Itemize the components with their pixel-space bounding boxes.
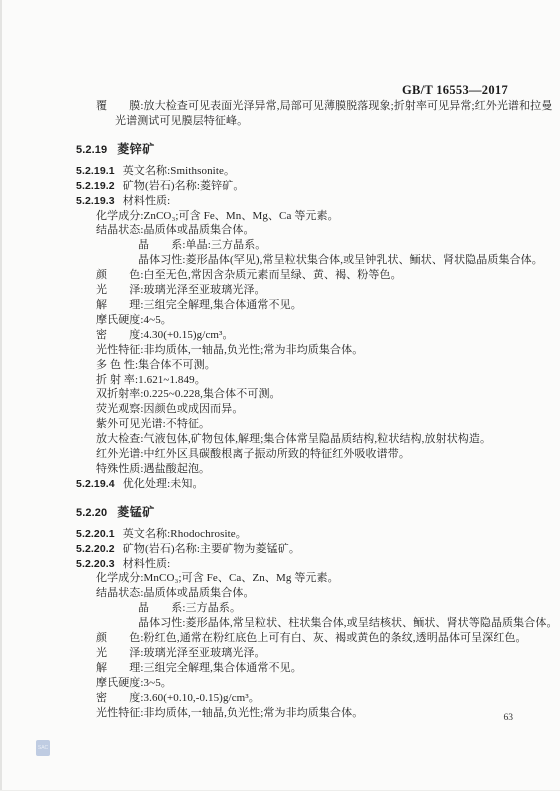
- clause-number: 5.2.19.4: [76, 478, 115, 490]
- clause-number: 5.2.20.2: [76, 543, 115, 555]
- section-number: 5.2.19: [76, 144, 107, 156]
- property-line-pleochroism: 多 色 性:集合体不可测。: [96, 358, 514, 373]
- property-line-hardness: 摩氏硬度:3~5。: [96, 676, 514, 691]
- clause-line: 5.2.20.1英文名称:Rhodochrosite。: [76, 527, 514, 542]
- clause-text: 材料性质:: [123, 195, 171, 207]
- section-title: 菱锰矿: [117, 505, 155, 519]
- page-number: 63: [504, 713, 514, 723]
- section-number: 5.2.20: [76, 507, 107, 519]
- clause-number: 5.2.20.1: [76, 528, 115, 540]
- clause-text: 英文名称:Rhodochrosite。: [123, 528, 247, 540]
- section-title: 菱锌矿: [117, 142, 155, 156]
- clause-number: 5.2.19.3: [76, 195, 115, 207]
- text-line-coating-cont: 光谱测试可见膜层特征峰。: [115, 114, 514, 129]
- section-heading-5-2-20: 5.2.20菱锰矿: [76, 504, 514, 521]
- property-line-cleavage: 解 理:三组完全解理,集合体通常不见。: [96, 661, 514, 676]
- property-line-magnification: 放大检查:气液包体,矿物包体,解理;集合体常呈隐晶质结构,粒状结构,放射状构造。: [96, 432, 514, 447]
- property-line-infrared: 红外光谱:中红外区具碳酸根离子振动所致的特征红外吸收谱带。: [96, 447, 514, 462]
- clause-number: 5.2.20.3: [76, 558, 115, 570]
- property-line-uv-vis: 紫外可见光谱:不特征。: [96, 417, 514, 432]
- property-line-chem: 化学成分:ZnCO₃;可含 Fe、Mn、Mg、Ca 等元素。: [96, 209, 514, 224]
- watermark-stamp-icon: SAC: [36, 740, 50, 756]
- clause-text: 材料性质:: [123, 558, 171, 570]
- clause-line: 5.2.19.3材料性质:: [76, 194, 514, 209]
- property-line-color: 颜 色:粉红色,通常在粉红底色上可有白、灰、褐或黄色的条纹,透明晶体可呈深红色。: [96, 631, 514, 646]
- property-line-optic-character: 光性特征:非均质体,一轴晶,负光性;常为非均质集合体。: [96, 706, 514, 721]
- property-line-birefringence: 双折射率:0.225~0.228,集合体不可测。: [96, 387, 514, 402]
- text-line-coating: 覆 膜:放大检查可见表面光泽异常,局部可见薄膜脱落现象;折射率可见异常;红外光谱…: [96, 99, 514, 114]
- property-line-crystal-habit: 晶体习性:菱形晶体(罕见),常呈粒状集合体,或呈钟乳状、鲕状、肾状隐晶质集合体。: [138, 253, 514, 268]
- property-line-luster: 光 泽:玻璃光泽至亚玻璃光泽。: [96, 283, 514, 298]
- property-line-crystal-system: 晶 系:单晶:三方晶系。: [138, 238, 514, 253]
- clause-text: 优化处理:未知。: [123, 478, 204, 490]
- property-line-fluorescence: 荧光观察:因颜色或成因而异。: [96, 402, 514, 417]
- clause-number: 5.2.19.1: [76, 165, 115, 177]
- clause-text: 矿物(岩石)名称:主要矿物为菱锰矿。: [123, 543, 300, 555]
- clause-line: 5.2.19.1英文名称:Smithsonite。: [76, 164, 514, 179]
- document-page: GB/T 16553—2017 覆 膜:放大检查可见表面光泽异常,局部可见薄膜脱…: [0, 0, 560, 791]
- property-line-optic-character: 光性特征:非均质体,一轴晶,负光性;常为非均质集合体。: [96, 343, 514, 358]
- clause-text: 矿物(岩石)名称:菱锌矿。: [123, 180, 245, 192]
- property-line-crystal-state: 结晶状态:晶质体或晶质集合体。: [96, 586, 514, 601]
- watermark-stamp-text: SAC: [36, 740, 50, 756]
- clause-line: 5.2.19.2矿物(岩石)名称:菱锌矿。: [76, 179, 514, 194]
- clause-line: 5.2.20.2矿物(岩石)名称:主要矿物为菱锰矿。: [76, 542, 514, 557]
- property-line-luster: 光 泽:玻璃光泽至亚玻璃光泽。: [96, 646, 514, 661]
- clause-number: 5.2.19.2: [76, 180, 115, 192]
- clause-line: 5.2.19.4优化处理:未知。: [76, 477, 514, 492]
- section-heading-5-2-19: 5.2.19菱锌矿: [76, 141, 514, 158]
- property-line-density: 密 度:3.60(+0.10,-0.15)g/cm³。: [96, 691, 514, 706]
- property-line-chem: 化学成分:MnCO₃;可含 Fe、Ca、Zn、Mg 等元素。: [96, 571, 514, 586]
- clause-text: 英文名称:Smithsonite。: [123, 165, 235, 177]
- property-line-density: 密 度:4.30(+0.15)g/cm³。: [96, 328, 514, 343]
- property-line-hardness: 摩氏硬度:4~5。: [96, 313, 514, 328]
- clause-line: 5.2.20.3材料性质:: [76, 557, 514, 572]
- property-line-crystal-system: 晶 系:三方晶系。: [138, 601, 514, 616]
- property-line-cleavage: 解 理:三组完全解理,集合体通常不见。: [96, 298, 514, 313]
- property-line-color: 颜 色:白至无色,常因含杂质元素而呈绿、黄、褐、粉等色。: [96, 268, 514, 283]
- property-line-crystal-state: 结晶状态:晶质体或晶质集合体。: [96, 223, 514, 238]
- page-body: 覆 膜:放大检查可见表面光泽异常,局部可见薄膜脱落现象;折射率可见异常;红外光谱…: [0, 0, 560, 721]
- property-line-special: 特殊性质:遇盐酸起泡。: [96, 462, 514, 477]
- property-line-crystal-habit: 晶体习性:菱形晶体,常呈粒状、柱状集合体,或呈结核状、鲕状、肾状等隐晶质集合体。: [138, 616, 514, 631]
- property-line-refractive-index: 折 射 率:1.621~1.849。: [96, 373, 514, 388]
